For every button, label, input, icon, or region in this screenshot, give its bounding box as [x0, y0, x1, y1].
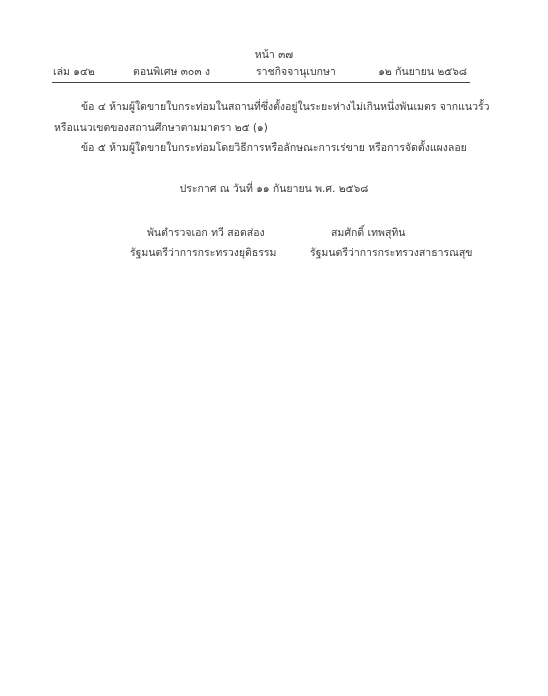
- signatory-title: รัฐมนตรีว่าการกระทรวงยุติธรรม: [130, 244, 276, 261]
- clause-5: ข้อ ๕ ห้ามผู้ใดขายใบกระท่อมโดยวิธีการหรื…: [81, 139, 467, 156]
- header-divider: [52, 82, 470, 83]
- announcement-date: ประกาศ ณ วันที่ ๑๑ กันยายน พ.ศ. ๒๕๖๘: [0, 180, 548, 197]
- signatory-name: สมศักดิ์ เทพสุทิน: [331, 224, 405, 241]
- page-number: หน้า ๓๗: [0, 46, 548, 63]
- issue-label: ตอนพิเศษ ๓๐๓ ง: [133, 63, 210, 80]
- signatory-name: พันตำรวจเอก ทวี สอดส่อง: [147, 224, 265, 241]
- signatory-title: รัฐมนตรีว่าการกระทรวงสาธารณสุข: [310, 244, 472, 261]
- clause-4-line-1: ข้อ ๔ ห้ามผู้ใดขายใบกระท่อมในสถานที่ซึ่ง…: [81, 98, 490, 115]
- clause-4-line-2: หรือแนวเขตของสถานศึกษาตามมาตรา ๒๕ (๑): [54, 119, 268, 136]
- publication-date: ๑๒ กันยายน ๒๕๖๘: [378, 63, 467, 80]
- gazette-page: หน้า ๓๗ เล่ม ๑๔๒ ตอนพิเศษ ๓๐๓ ง ราชกิจจา…: [0, 0, 548, 696]
- gazette-name: ราชกิจจานุเบกษา: [256, 63, 336, 80]
- volume-label: เล่ม ๑๔๒: [53, 63, 95, 80]
